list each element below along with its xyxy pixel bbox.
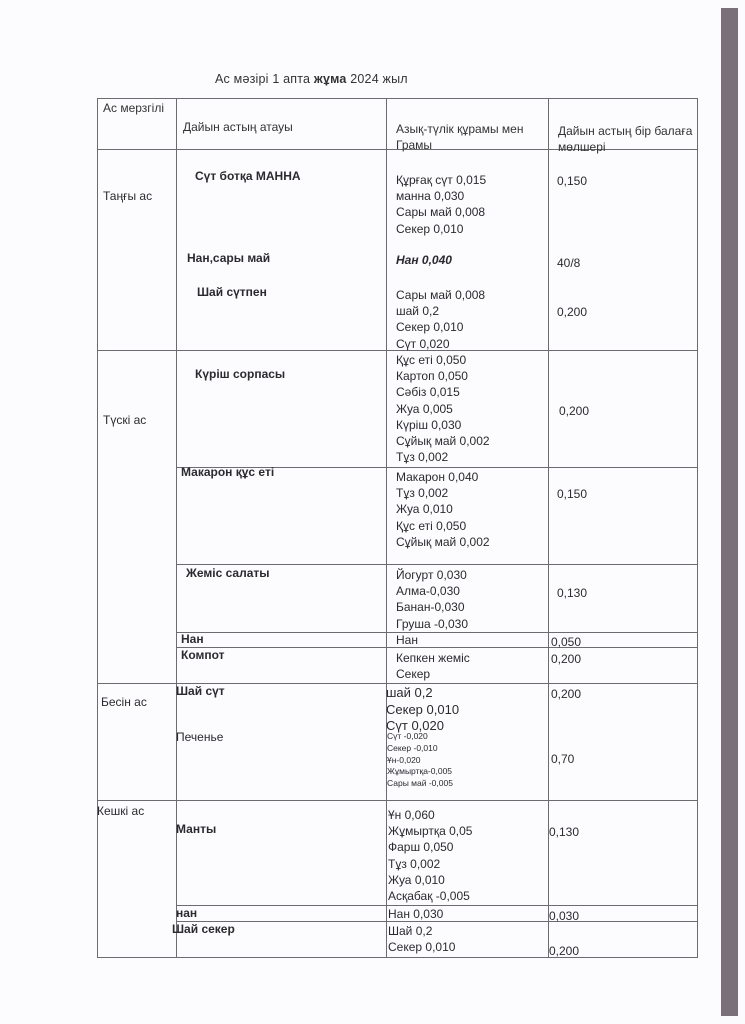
header-meal-period: Ас мерзгілі xyxy=(103,100,164,116)
dish-name: Шай сүтпен xyxy=(197,284,267,300)
header-dish-name: Дайын астың атауы xyxy=(183,119,293,135)
dish-name: Нан xyxy=(181,631,204,647)
table-border-right xyxy=(697,98,698,958)
ingredient-list: Нан 0,030 xyxy=(388,906,443,922)
document-title: Ас мәзірі 1 апта жұма 2024 жыл xyxy=(215,72,408,86)
dish-name: Манты xyxy=(176,821,216,837)
dish-name: Шай секер xyxy=(172,921,235,937)
ingredient-list: Құс еті 0,050 Картоп 0,050 Сәбіз 0,015 Ж… xyxy=(396,352,490,465)
title-suffix: 2024 жыл xyxy=(350,72,408,86)
dish-name: Күріш сорпасы xyxy=(195,366,285,382)
portion: 0,150 xyxy=(557,486,587,502)
header-portion: Дайын астың бір балаға мөлшері xyxy=(558,123,692,155)
portion: 0,050 xyxy=(551,634,581,650)
meal-period-dinner: Кешкі ас xyxy=(97,803,144,819)
portion: 0,200 xyxy=(551,651,581,667)
dish-name: Печенье xyxy=(176,729,223,745)
col-divider-2 xyxy=(386,98,387,958)
dish-name: нан xyxy=(176,905,197,921)
portion: 40/8 xyxy=(557,255,580,271)
ingredient-list: Йогурт 0,030 Алма-0,030 Банан-0,030 Груш… xyxy=(396,567,468,632)
dish-name: Жеміс салаты xyxy=(186,565,270,581)
dish-divider xyxy=(176,647,697,648)
meal-period-breakfast: Таңғы ас xyxy=(103,188,152,204)
ingredient-list: Сүт -0,020 Секер -0,010 Ұн-0,020 Жұмыртқ… xyxy=(387,731,453,790)
dish-name: Макарон құс еті xyxy=(181,464,274,480)
portion: 0,130 xyxy=(549,824,579,840)
dish-name: Шай сүт xyxy=(176,683,225,699)
portion: 0,200 xyxy=(549,943,579,959)
title-prefix: Ас мәзірі 1 апта xyxy=(215,72,310,86)
ingredient-list: Шай 0,2 Секер 0,010 xyxy=(388,923,455,955)
ingredient-list: Нан xyxy=(396,632,418,648)
portion: 0,70 xyxy=(551,751,574,767)
ingredient-list: Кепкен жеміс Секер xyxy=(396,650,470,682)
scan-edge-shadow xyxy=(721,8,738,1016)
table-border-bottom xyxy=(97,957,698,958)
meal-period-snack: Бесін ас xyxy=(101,694,147,710)
ingredient-list: Нан 0,040 xyxy=(396,252,452,268)
portion: 0,200 xyxy=(551,686,581,702)
portion: 0,200 xyxy=(557,304,587,320)
ingredient-list: Құрғақ сүт 0,015 манна 0,030 Сары май 0,… xyxy=(396,172,486,237)
title-day: жұма xyxy=(314,72,347,86)
dish-divider xyxy=(176,632,697,633)
table-border-top xyxy=(97,98,697,99)
ingredient-list: шай 0,2 Секер 0,010 Сүт 0,020 xyxy=(386,684,459,734)
portion: 0,150 xyxy=(557,173,587,189)
ingredient-list: Макарон 0,040 Тұз 0,002 Жуа 0,010 Құс ет… xyxy=(396,469,490,550)
meal-divider xyxy=(97,800,697,801)
dish-name: Нан,сары май xyxy=(187,250,270,266)
dish-name: Компот xyxy=(181,647,225,663)
portion: 0,030 xyxy=(549,908,579,924)
meal-period-lunch: Түскі ас xyxy=(103,412,146,428)
table-border-left xyxy=(97,98,98,958)
portion: 0,130 xyxy=(557,585,587,601)
header-ingredients: Азық-түлік құрамы мен Грамы xyxy=(396,121,523,153)
dish-name: Сүт ботқа МАННА xyxy=(195,168,301,184)
ingredient-list: Сары май 0,008 шай 0,2 Секер 0,010 Сүт 0… xyxy=(396,287,485,352)
ingredient-list: Ұн 0,060 Жұмыртқа 0,05 Фарш 0,050 Тұз 0,… xyxy=(388,807,472,904)
portion: 0,200 xyxy=(559,403,589,419)
